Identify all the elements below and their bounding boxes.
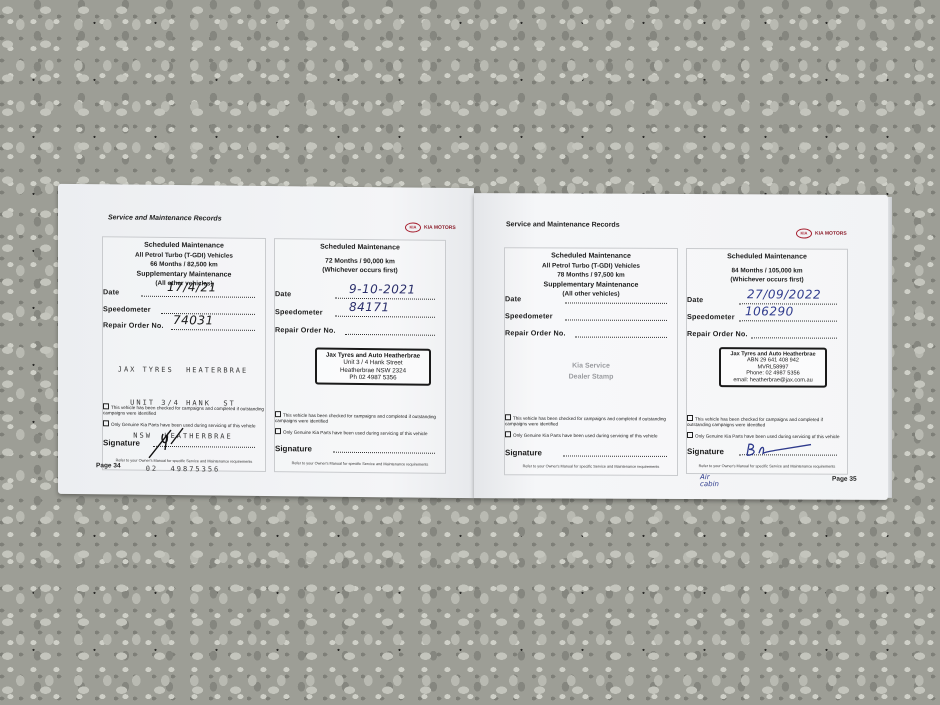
- date-value: 9-10-2021: [349, 282, 416, 297]
- kia-logo: KIA KIA MOTORS: [796, 229, 847, 239]
- kia-motors-label: KIA MOTORS: [815, 231, 847, 237]
- checklist: This vehicle has been checked for campai…: [275, 411, 445, 440]
- card-heading: Scheduled Maintenance 84 Months / 105,00…: [687, 249, 847, 285]
- date-field[interactable]: Date 9-10-2021: [275, 289, 445, 291]
- repair-order-field[interactable]: Repair Order No.: [505, 328, 677, 329]
- date-value: 17/4/21: [167, 280, 217, 295]
- checklist: This vehicle has been checked for campai…: [687, 415, 847, 443]
- speedometer-value: 106290: [745, 304, 794, 318]
- handwritten-note: Air cabin: [700, 474, 719, 488]
- page-number: Page 35: [832, 476, 857, 483]
- logbook-page-34: Service and Maintenance Records KIA KIA …: [58, 184, 474, 498]
- repair-order-field[interactable]: Repair Order No. 74031: [103, 320, 265, 322]
- page-number: Page 34: [96, 462, 121, 469]
- card-heading: Scheduled Maintenance All Petrol Turbo (…: [505, 248, 677, 299]
- speedometer-value: 84171: [349, 300, 390, 314]
- page-header: Service and Maintenance Records: [108, 214, 222, 222]
- repair-order-value: 74031: [173, 313, 214, 327]
- dealer-stamp: Jax Tyres and Auto Heatherbrae Unit 3 / …: [315, 348, 431, 386]
- checkbox[interactable]: [103, 403, 109, 409]
- service-card-78-months: Scheduled Maintenance All Petrol Turbo (…: [504, 247, 678, 476]
- kia-motors-label: KIA MOTORS: [424, 225, 456, 231]
- speedometer-field[interactable]: Speedometer 84171: [275, 307, 445, 309]
- kia-oval-icon: KIA: [405, 222, 421, 232]
- checklist: This vehicle has been checked for campai…: [505, 414, 677, 442]
- card-heading: Scheduled Maintenance 72 Months / 90,000…: [275, 239, 445, 276]
- signature-field[interactable]: Signature: [505, 448, 677, 458]
- checkbox[interactable]: [505, 414, 511, 420]
- kia-oval-icon: KIA: [796, 229, 812, 239]
- service-card-72-months: Scheduled Maintenance 72 Months / 90,000…: [274, 238, 446, 474]
- repair-order-field[interactable]: Repair Order No.: [687, 329, 847, 330]
- handwritten-signature: [141, 424, 191, 461]
- kia-logo: KIA KIA MOTORS: [405, 222, 456, 233]
- checkbox[interactable]: [275, 411, 281, 417]
- service-card-66-months: Scheduled Maintenance All Petrol Turbo (…: [102, 236, 266, 472]
- footnote: Refer to your Owner's Manual for specifi…: [275, 461, 445, 467]
- logbook-page-35: Service and Maintenance Records KIA KIA …: [474, 193, 888, 500]
- checkbox[interactable]: [275, 428, 281, 434]
- footnote: Refer to your Owner's Manual for specifi…: [505, 464, 677, 469]
- dealer-stamp: Jax Tyres and Auto Heatherbrae ABN 29 64…: [719, 347, 827, 388]
- speedometer-field[interactable]: Speedometer 106290: [687, 312, 847, 313]
- speedometer-field[interactable]: Speedometer: [103, 304, 265, 306]
- speedometer-field[interactable]: Speedometer: [505, 311, 677, 312]
- repair-order-field[interactable]: Repair Order No.: [275, 325, 445, 327]
- checkbox[interactable]: [687, 415, 693, 421]
- dealer-stamp-placeholder: Kia Service Dealer Stamp: [505, 360, 677, 383]
- signature-field[interactable]: Signature: [275, 444, 445, 455]
- checkbox[interactable]: [103, 420, 109, 426]
- date-value: 27/09/2022: [747, 287, 821, 301]
- checkbox[interactable]: [505, 431, 511, 437]
- handwritten-signature: [743, 441, 813, 457]
- date-field[interactable]: Date 27/09/2022: [687, 295, 847, 296]
- footnote: Refer to your Owner's Manual for specifi…: [687, 464, 847, 469]
- checkbox[interactable]: [687, 432, 693, 438]
- page-header: Service and Maintenance Records: [506, 221, 620, 228]
- service-card-84-months: Scheduled Maintenance 84 Months / 105,00…: [686, 248, 848, 475]
